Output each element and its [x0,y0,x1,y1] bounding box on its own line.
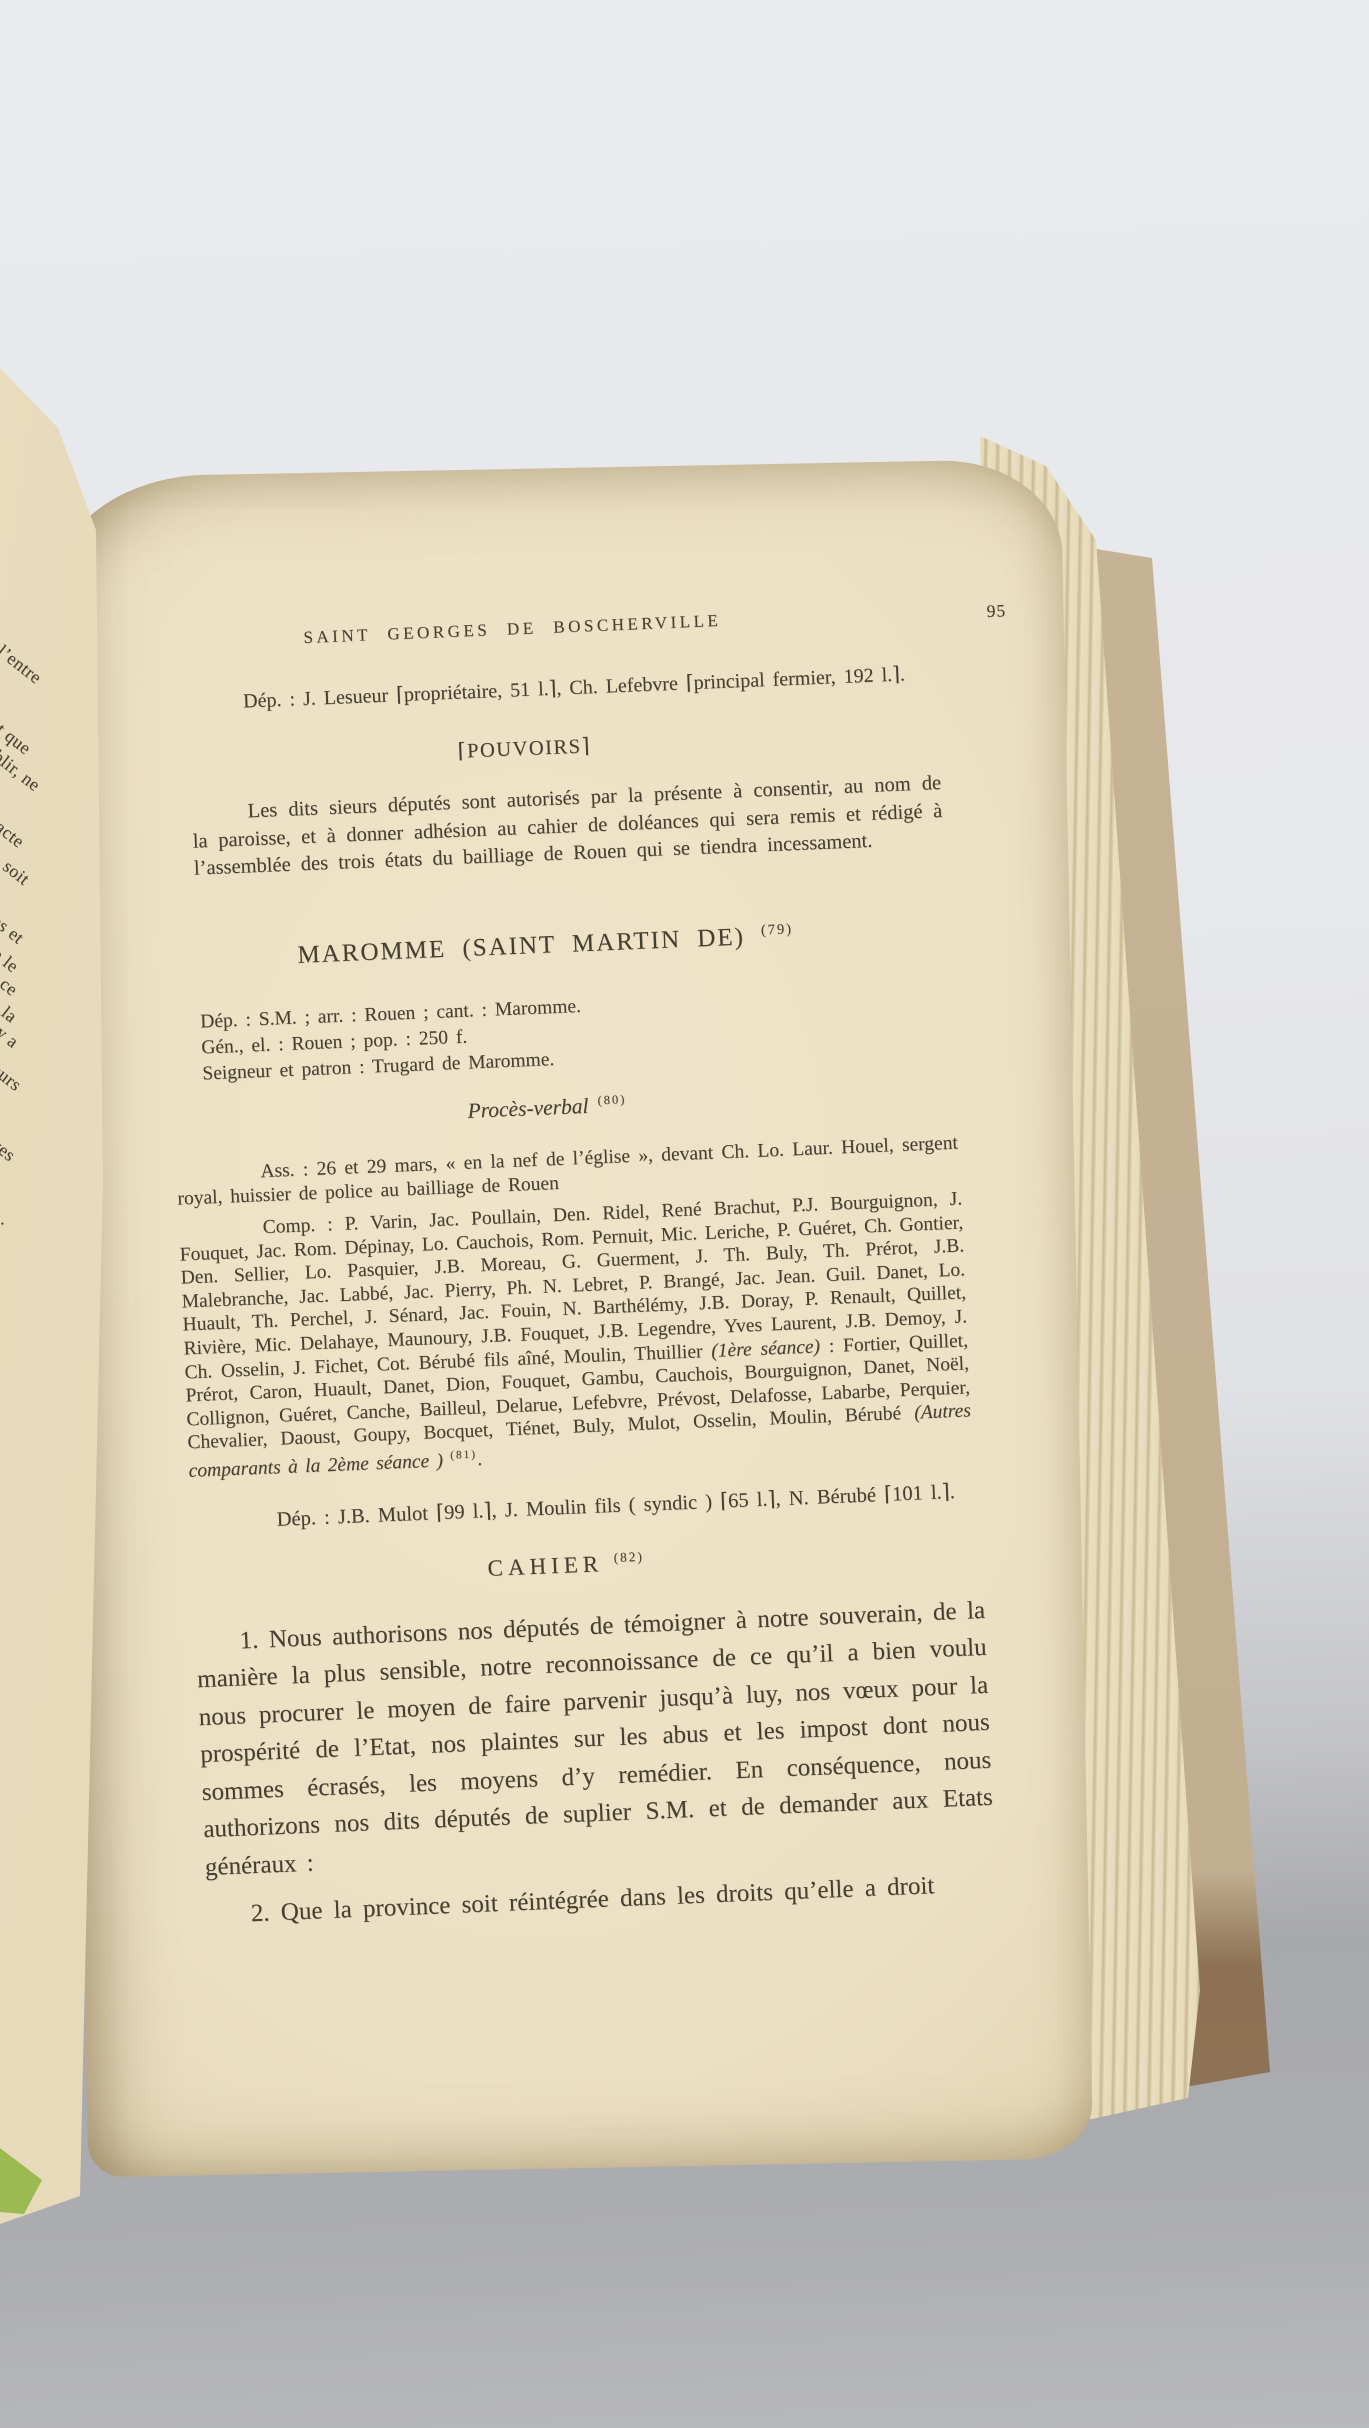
proces-verbal-heading: Procès-verbal (80) [166,1078,968,1136]
pouvoirs-paragraph: Les dits sieurs députés sont autorisés p… [191,770,944,883]
page-number: 95 [986,600,1006,622]
footnote-ref-80: (80) [597,1092,626,1107]
footnote-ref-79: (79) [761,921,794,938]
maromme-title: MAROMME (SAINT MARTIN DE) [297,923,745,968]
deputies-line-boscherville: Dép. : J. Lesueur ⌈propriétaire, 51 l.⌉,… [187,660,939,718]
maromme-info-block: Dép. : S.M. ; arr. : Rouen ; cant. : Mar… [200,978,967,1087]
cahier-title: CAHIER [487,1551,604,1581]
first-session-note: (1ère séance) [711,1336,821,1361]
deputies-line-maromme: Dép. : J.B. Mulot ⌈99 l.⌉, J. Moulin fil… [220,1477,975,1536]
maromme-heading: MAROMME (SAINT MARTIN DE) (79) [159,914,961,975]
proces-verbal-title: Procès-verbal [467,1094,589,1123]
comparants-period: . [477,1449,483,1470]
footnote-ref-82: (82) [613,1549,644,1565]
footnote-ref-81: (81) [450,1448,477,1461]
cahier-heading: CAHIER (82) [185,1535,987,1595]
book-photo: ir à l’entreés, et queétablir, nes exact… [0,0,1369,2428]
cahier-article-1: 1. Nous authorisons nos députés de témoi… [195,1592,995,1887]
pouvoirs-heading: ⌈POUVOIRS⌉ [151,718,953,776]
printed-page-text: SAINT GEORGES DE BOSCHERVILLE 95 Dép. : … [146,602,1001,1931]
comparants-paragraph: Comp. : P. Varin, Jac. Poullain, Den. Ri… [178,1187,972,1483]
